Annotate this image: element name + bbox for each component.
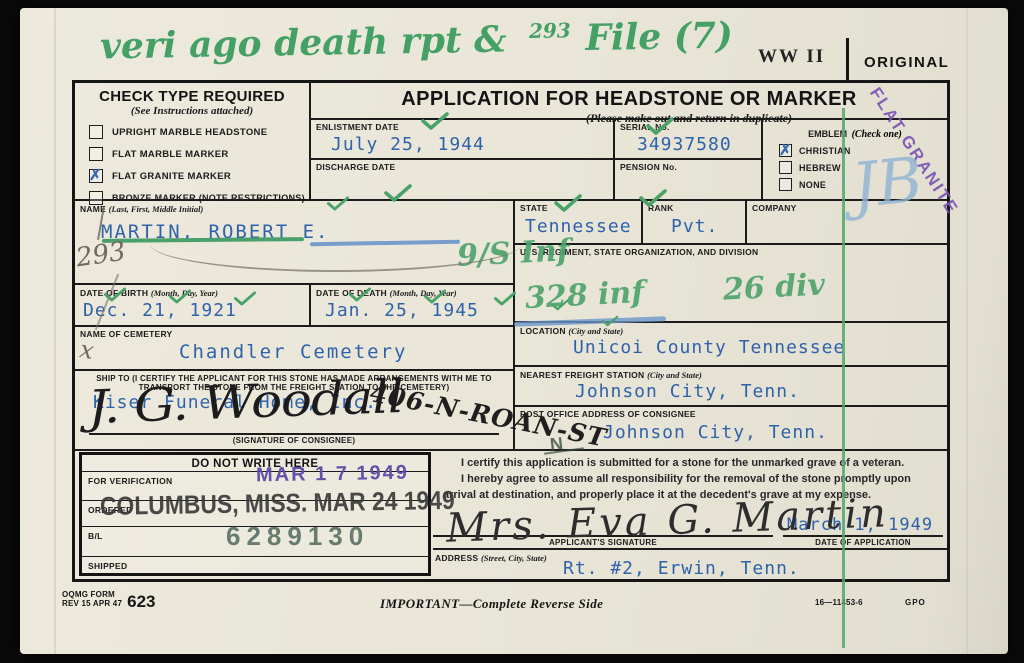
green-check-icon xyxy=(423,289,447,309)
freight-station-value: Johnson City, Tenn. xyxy=(575,383,947,401)
ordered-stamp: COLUMBUS, MISS. MAR 24 1949 xyxy=(100,485,455,522)
form-title: APPLICATION FOR HEADSTONE OR MARKER xyxy=(311,83,947,111)
checkbox-icon: ✗ xyxy=(779,144,792,157)
checkbox-icon xyxy=(779,161,792,174)
original-divider-line xyxy=(846,38,849,82)
state-value: Tennessee xyxy=(525,218,641,236)
green-check-icon xyxy=(493,291,517,311)
field-label-paren: (Last, First, Middle Initial) xyxy=(109,204,204,214)
form-revision: REV 15 APR 47 xyxy=(62,599,122,608)
option-flat-marble-marker: FLAT MARBLE MARKER xyxy=(89,147,309,161)
green-check-icon xyxy=(326,196,350,216)
field-label: ENLISTMENT DATE xyxy=(311,120,613,133)
top-note-part1: veri ago death rpt & xyxy=(100,18,507,67)
checkbox-icon xyxy=(89,125,103,139)
gpo-label: GPO xyxy=(905,598,926,607)
consignee-signature: J. G. Woodall xyxy=(87,369,404,434)
cemetery-field: NAME OF CEMETERY Chandler Cemetery xyxy=(75,327,515,371)
checkbox-mark: ✗ xyxy=(779,141,792,159)
shipped-row: SHIPPED xyxy=(82,557,428,571)
print-code: 16—11453-6 xyxy=(815,598,863,607)
po-address-value: Johnson City, Tenn. xyxy=(603,424,947,442)
paper-sheet: veri ago death rpt & 293 File (7) WW II … xyxy=(20,8,1008,654)
option-label: HEBREW xyxy=(799,163,841,173)
option-label: NONE xyxy=(799,180,826,190)
location-field: LOCATION (City and State) Unicoi County … xyxy=(515,323,947,367)
form-number: 623 xyxy=(127,592,155,612)
address-row: ADDRESS (Street, City, State) Rt. #2, Er… xyxy=(433,548,947,578)
checkbox-icon xyxy=(89,147,103,161)
green-check-icon xyxy=(601,315,619,330)
row-label: SHIPPED xyxy=(82,557,428,571)
form-header: APPLICATION FOR HEADSTONE OR MARKER (Ple… xyxy=(311,83,947,120)
important-note: IMPORTANT—Complete Reverse Side xyxy=(380,596,603,612)
green-check-icon xyxy=(553,193,583,218)
green-check-icon xyxy=(551,299,569,314)
green-check-icon xyxy=(383,183,413,208)
checkbox-icon xyxy=(779,178,792,191)
option-label: FLAT GRANITE MARKER xyxy=(112,171,231,182)
scanned-document: veri ago death rpt & 293 File (7) WW II … xyxy=(0,0,1024,663)
regiment-handwriting-line2b: 26 div xyxy=(722,267,826,307)
consignee-signature-caption: (SIGNATURE OF CONSIGNEE) xyxy=(75,436,513,445)
field-label: PENSION No. xyxy=(615,160,761,173)
application-date-caption: DATE OF APPLICATION xyxy=(783,538,943,547)
option-upright-marble-headstone: UPRIGHT MARBLE HEADSTONE xyxy=(89,125,309,139)
handwritten-top-note: veri ago death rpt & 293 File (7) xyxy=(100,14,734,67)
enlistment-date-value: July 25, 1944 xyxy=(331,136,613,154)
top-note-superscript: 293 xyxy=(529,18,571,43)
paper-crease-left xyxy=(54,8,56,654)
field-label-paren: (Street, City, State) xyxy=(481,553,547,563)
field-label: DISCHARGE DATE xyxy=(311,160,613,173)
verification-date-stamp: MAR 1 7 1949 xyxy=(256,462,409,488)
field-label: SERIAL No. xyxy=(615,120,761,133)
freight-station-field: NEAREST FREIGHT STATION (City and State)… xyxy=(515,367,947,407)
top-note-part2: File (7) xyxy=(585,14,733,59)
regiment-handwriting-line2a: 328 inf xyxy=(524,275,645,316)
form-id-block: OQMG FORM REV 15 APR 47 623 xyxy=(62,590,155,612)
green-check-icon xyxy=(420,111,450,136)
certification-line1: I certify this application is submitted … xyxy=(443,456,941,472)
field-label: ADDRESS xyxy=(435,553,478,563)
green-check-icon xyxy=(348,287,372,307)
checkbox-icon: ✗ xyxy=(89,169,103,183)
field-label: LOCATION xyxy=(520,326,566,336)
serial-no-field: SERIAL No. 34937580 xyxy=(615,120,763,160)
field-label: U. S. REGIMENT, STATE ORGANIZATION, AND … xyxy=(515,245,947,258)
green-check-icon xyxy=(645,116,675,141)
check-type-subtitle: (See Instructions attached) xyxy=(75,105,309,117)
field-label: NEAREST FREIGHT STATION xyxy=(520,370,644,380)
cemetery-value: Chandler Cemetery xyxy=(179,343,513,362)
original-label: ORIGINAL xyxy=(864,54,949,71)
check-type-section: CHECK TYPE REQUIRED (See Instructions at… xyxy=(75,83,311,201)
green-check-icon xyxy=(638,188,668,213)
green-check-icon xyxy=(233,291,257,311)
date-of-death-field: DATE OF DEATH (Month, Day, Year) Jan. 25… xyxy=(311,285,515,327)
option-label: FLAT MARBLE MARKER xyxy=(112,149,229,160)
option-flat-granite-marker: ✗ FLAT GRANITE MARKER xyxy=(89,169,309,183)
handwritten-initials: JB xyxy=(848,143,926,223)
enlistment-date-field: ENLISTMENT DATE July 25, 1944 xyxy=(311,120,615,160)
field-label: NAME OF CEMETERY xyxy=(75,327,513,340)
field-label-paren: (City and State) xyxy=(647,370,702,380)
check-type-title: CHECK TYPE REQUIRED xyxy=(75,83,309,105)
green-check-icon xyxy=(103,287,127,307)
option-label: UPRIGHT MARBLE HEADSTONE xyxy=(112,127,267,138)
wwii-stamp: WW II xyxy=(758,46,825,68)
paper-crease-right xyxy=(966,8,968,654)
checkbox-mark: ✗ xyxy=(89,166,102,184)
address-value: Rt. #2, Erwin, Tenn. xyxy=(563,560,947,578)
form-name: OQMG FORM xyxy=(62,590,122,599)
signature-line xyxy=(89,433,499,435)
green-vertical-line xyxy=(842,108,845,648)
green-check-icon xyxy=(168,289,192,309)
rank-value: Pvt. xyxy=(671,218,745,236)
location-value: Unicoi County Tennessee xyxy=(573,339,947,357)
bl-number-stamp: 6289130 xyxy=(226,521,369,552)
